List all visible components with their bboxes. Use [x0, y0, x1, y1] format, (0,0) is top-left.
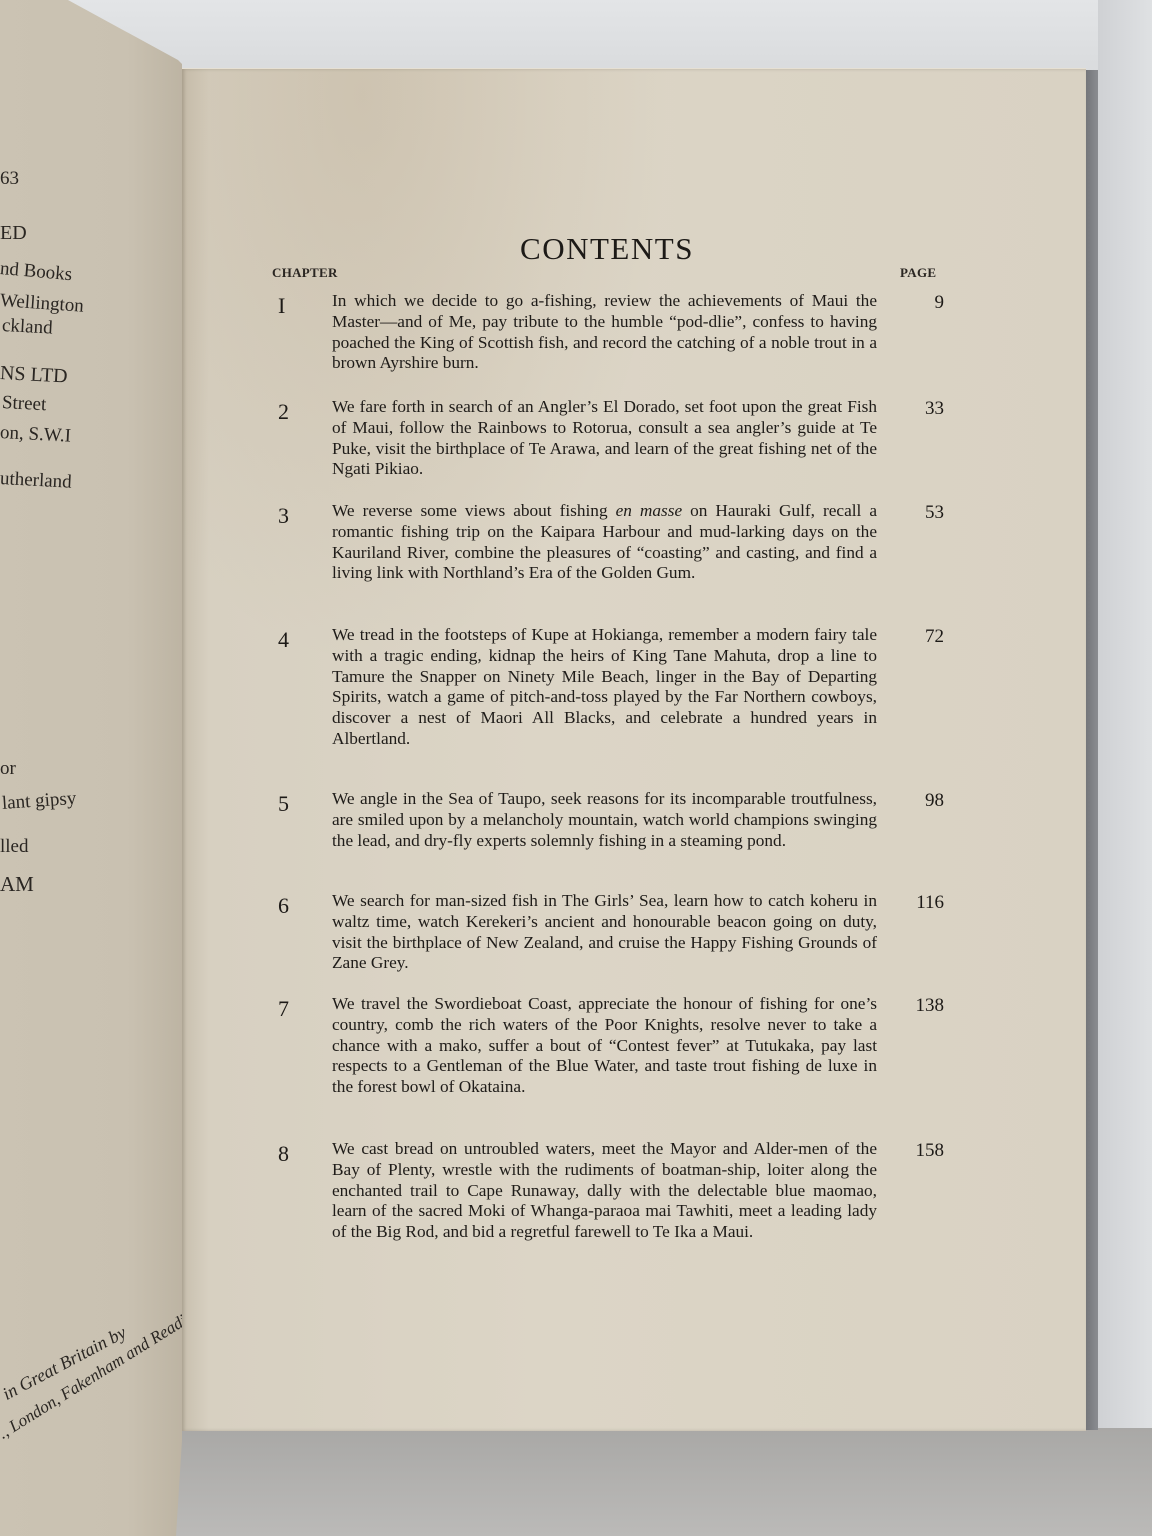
chapter-summary: We cast bread on untroubled waters, meet… [332, 1139, 877, 1243]
colophon-line: utherland [0, 468, 72, 494]
colophon-line: AM [0, 872, 34, 897]
chapter-summary: We search for man-sized fish in The Girl… [332, 891, 877, 974]
chapter-summary: We tread in the footsteps of Kupe at Hok… [332, 625, 877, 750]
contents-page: CONTENTS CHAPTER PAGE I In which we deci… [182, 68, 1086, 1431]
page-number: 138 [892, 995, 944, 1017]
page-number: 72 [892, 626, 944, 648]
chapter-summary: We reverse some views about fishing en m… [332, 501, 877, 584]
colophon-line: Street [1, 392, 46, 416]
page-number: 9 [892, 292, 944, 314]
chapter-summary: We fare forth in search of an Angler’s E… [332, 397, 877, 480]
colophon-line: lled [0, 836, 29, 858]
colophon-line: NS LTD [0, 362, 68, 389]
chapter-number: 3 [278, 503, 289, 529]
colophon-line: ckland [1, 315, 53, 340]
chapter-summary: We angle in the Sea of Taupo, seek reaso… [332, 789, 877, 851]
chapter-number: 7 [278, 996, 289, 1022]
colophon-line: on, S.W.I [0, 422, 72, 448]
colophon-line: lant gipsy [1, 788, 77, 815]
page-number: 33 [892, 398, 944, 420]
left-page: 63 ED nd Books Wellington ckland NS LTD … [0, 0, 182, 1536]
chapter-number: 5 [278, 791, 289, 817]
colophon-line: ED [0, 222, 27, 245]
page-number: 158 [892, 1140, 944, 1162]
chapter-number: I [278, 293, 285, 319]
colophon-line: or [0, 758, 16, 780]
chapter-number: 8 [278, 1141, 289, 1167]
chapter-column-header: CHAPTER [272, 265, 338, 281]
page-number: 53 [892, 502, 944, 524]
page-number: 116 [892, 892, 944, 914]
summary-italic-text: en masse [616, 501, 683, 520]
chapter-number: 2 [278, 399, 289, 425]
colophon-line: 63 [0, 168, 19, 190]
page-column-header: PAGE [900, 265, 936, 281]
summary-text: We reverse some views about fishing [332, 501, 616, 520]
colophon-line: nd Books [0, 258, 73, 286]
background-wall-right [1098, 0, 1152, 1428]
chapter-number: 6 [278, 893, 289, 919]
page-title: CONTENTS [182, 231, 1032, 267]
chapter-number: 4 [278, 627, 289, 653]
page-number: 98 [892, 790, 944, 812]
chapter-summary: We travel the Swordieboat Coast, appreci… [332, 994, 877, 1098]
chapter-summary: In which we decide to go a-fishing, revi… [332, 291, 877, 374]
colophon-line: Wellington [0, 290, 85, 318]
